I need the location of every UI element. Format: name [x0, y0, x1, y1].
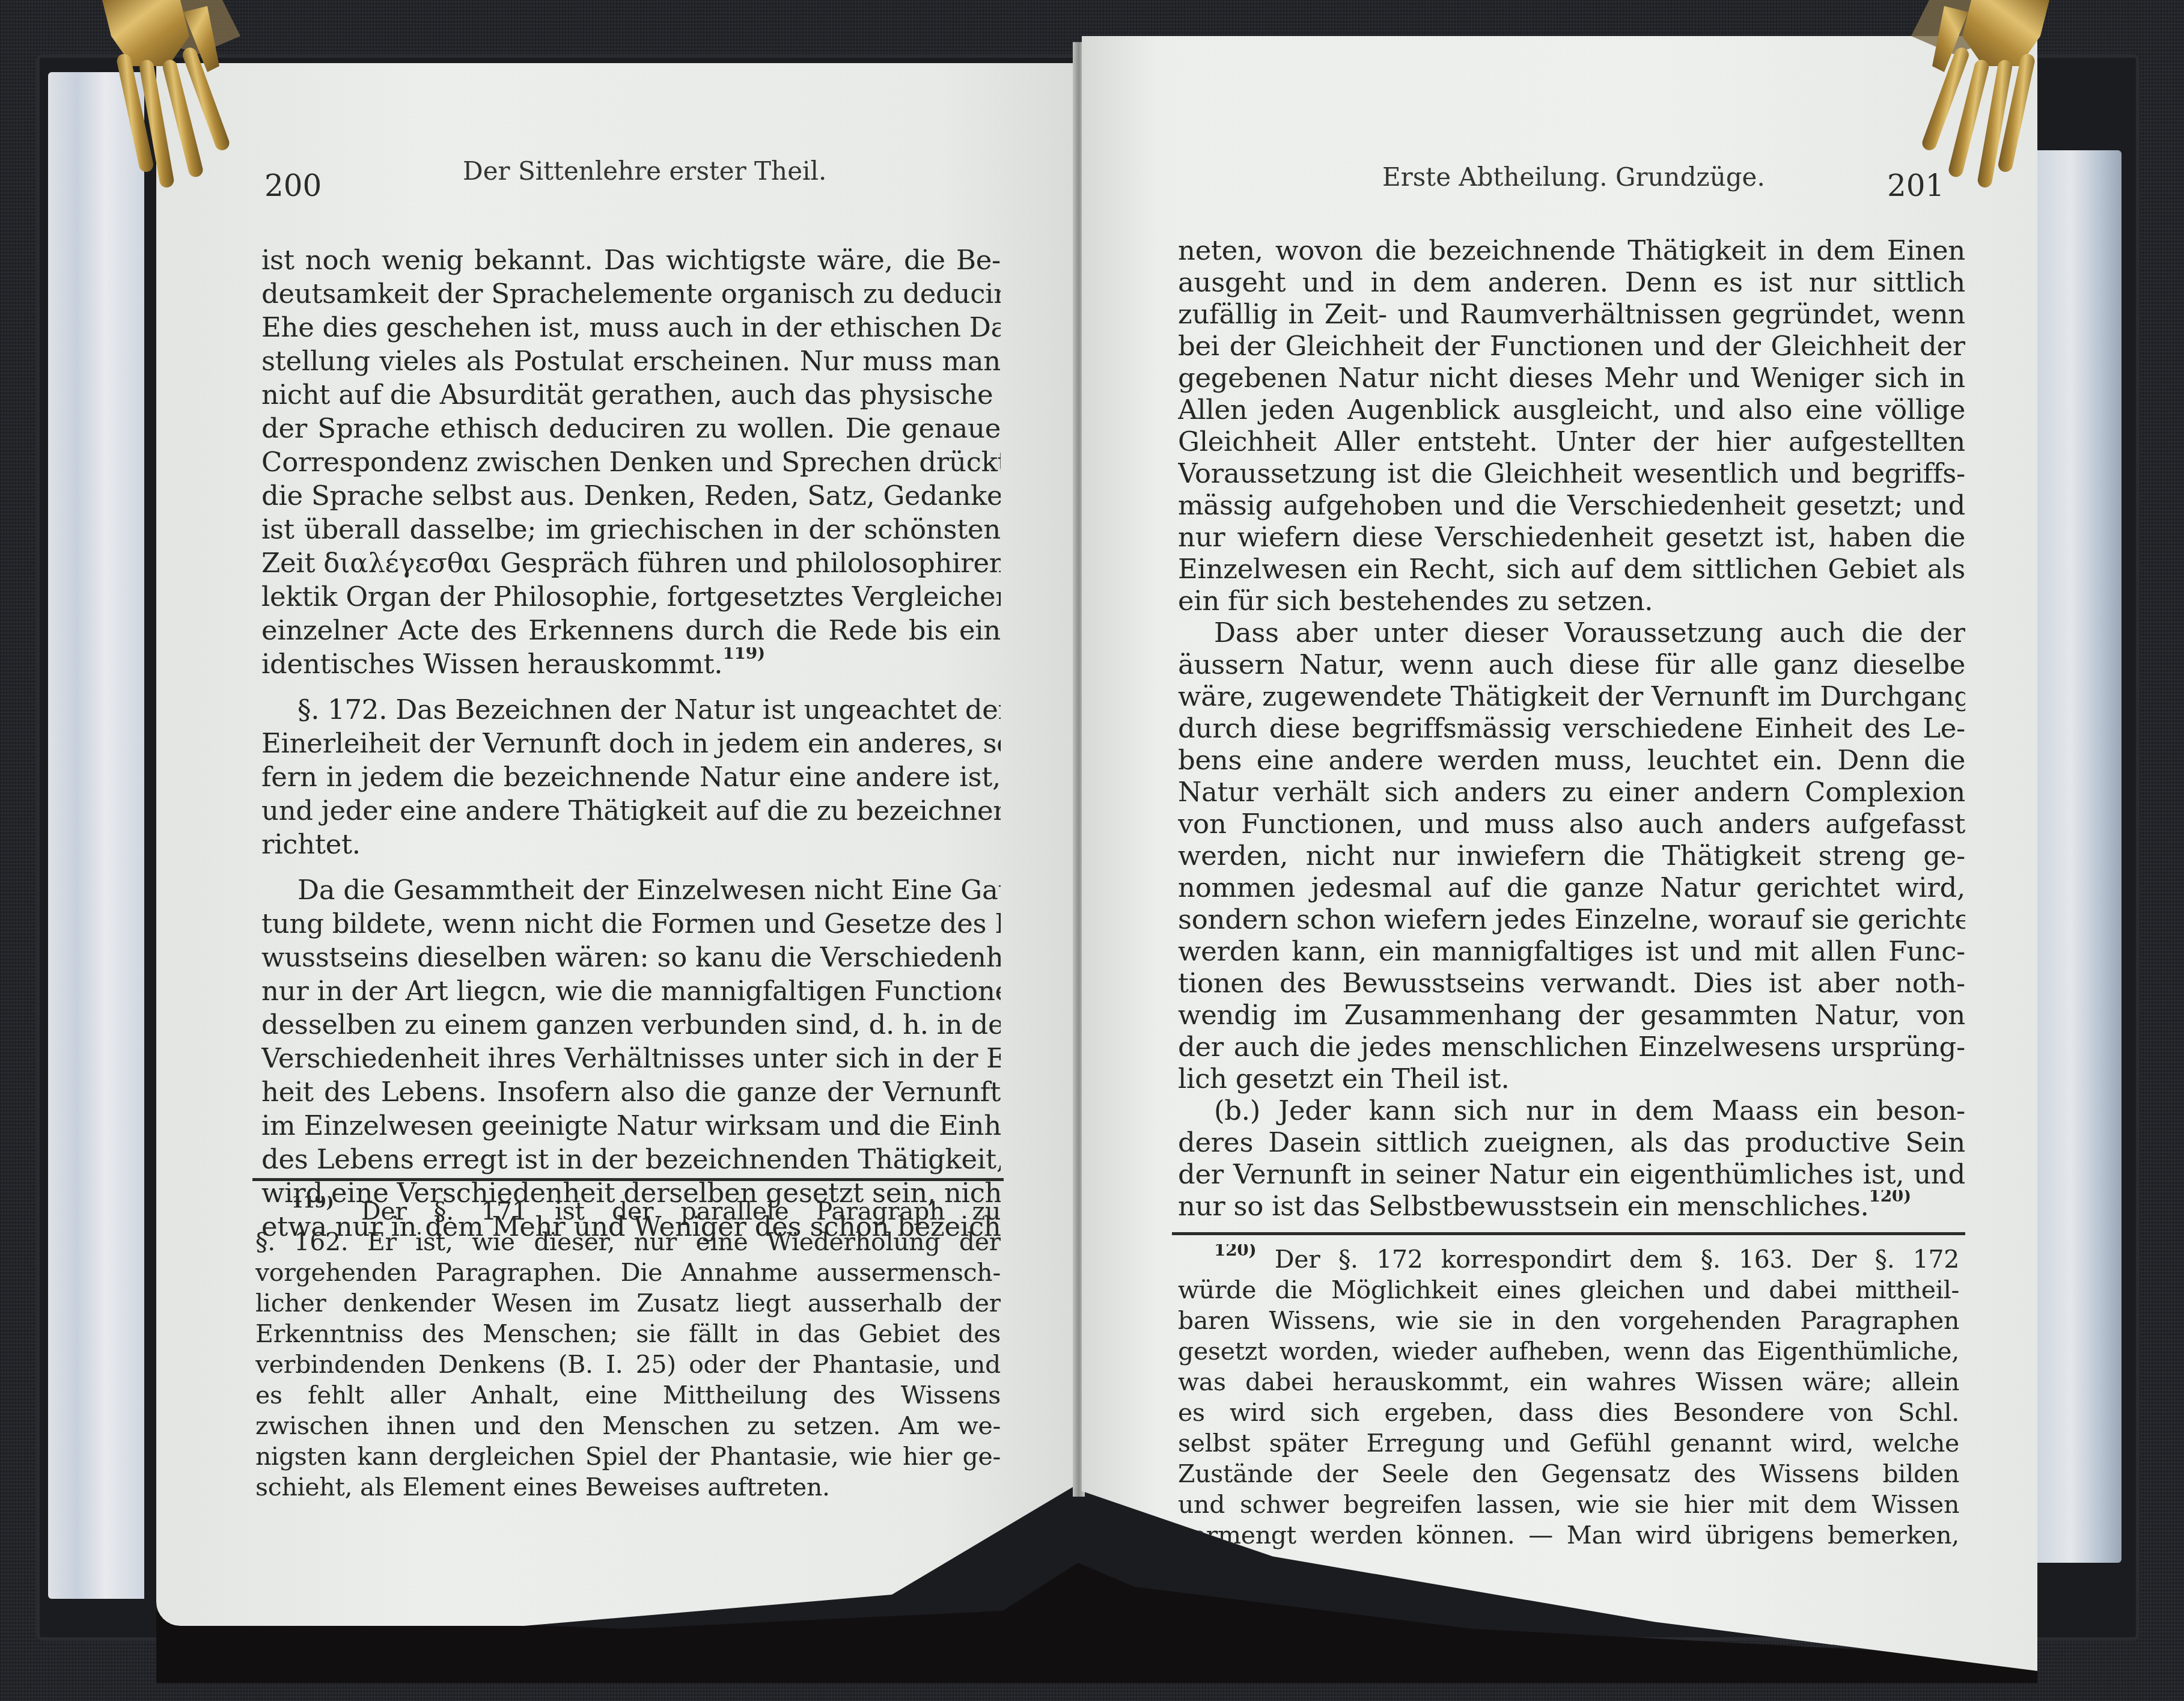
- text-line: der auch die jedes menschlichen Einzelwe…: [1178, 1031, 1965, 1063]
- footnote-line: selbst später Erregung und Gefühl genann…: [1178, 1428, 1959, 1459]
- footnote-line: zwischen ihnen und den Menschen zu setze…: [255, 1411, 1001, 1441]
- footnote-line: 119) Der §. 171 ist der parallele Paragr…: [255, 1196, 1001, 1227]
- footnote-divider: [252, 1178, 1004, 1181]
- footnote-line: verbindenden Denkens (B. I. 25) oder der…: [255, 1349, 1001, 1380]
- body-text: neten, wovon die bezeichnende Thätigkeit…: [1178, 234, 1965, 1222]
- text-line: ist überall dasselbe; im griechischen in…: [261, 513, 1001, 546]
- text-line: ein für sich bestehendes zu setzen.: [1178, 585, 1965, 617]
- page-edges-left: [48, 72, 144, 1599]
- footnote-line: vermengt werden können. — Man wird übrig…: [1178, 1520, 1959, 1551]
- text-line: mässig aufgehoben und die Verschiedenhei…: [1178, 489, 1965, 521]
- footnote-line: gesetzt worden, wieder aufheben, wenn da…: [1178, 1336, 1959, 1367]
- text-line: äussern Natur, wenn auch diese für alle …: [1178, 649, 1965, 680]
- text-line: einzelner Acte des Erkennens durch die R…: [261, 614, 1001, 647]
- text-line: zufällig in Zeit- und Raumverhältnissen …: [1178, 298, 1965, 330]
- footnote-line: und schwer begreifen lassen, wie sie hie…: [1178, 1489, 1959, 1520]
- text-line: lich gesetzt ein Theil ist.: [1178, 1063, 1965, 1095]
- section-heading-172: §. 172. Das Bezeichnen der Natur ist ung…: [261, 693, 1001, 727]
- text-line-greek: Zeit διαλέγεσθαι Gespräch führen und phi…: [261, 546, 1001, 580]
- brass-hand-clip-icon: [1875, 0, 2073, 192]
- text-line: bei der Gleichheit der Functionen und de…: [1178, 330, 1965, 362]
- footnote-divider: [1172, 1232, 1965, 1235]
- footnote-line: es fehlt aller Anhalt, eine Mittheilung …: [255, 1380, 1001, 1411]
- text-line: Da die Gesammtheit der Einzelwesen nicht…: [261, 873, 1001, 907]
- page-edges-right: [2037, 150, 2121, 1563]
- footnote-line: Erkenntniss des Menschen; sie fällt in d…: [255, 1319, 1001, 1349]
- text-line: die Sprache selbst aus. Denken, Reden, S…: [261, 479, 1001, 513]
- footnote-line: vorgehenden Paragraphen. Die Annahme aus…: [255, 1257, 1001, 1288]
- text-line: Einzelwesen ein Recht, sich auf dem sitt…: [1178, 553, 1965, 585]
- text-line: werden kann, ein mannigfaltiges ist und …: [1178, 935, 1965, 967]
- text-line: bens eine andere werden muss, leuchtet e…: [1178, 744, 1965, 776]
- text-line: nommen jedesmal auf die ganze Natur geri…: [1178, 872, 1965, 903]
- text-line: wäre, zugewendete Thätigkeit der Vernunf…: [1178, 680, 1965, 712]
- running-head: Erste Abtheilung. Grundzüge.: [1382, 162, 1765, 192]
- text-line: im Einzelwesen geeinigte Natur wirksam u…: [261, 1109, 1001, 1143]
- text-line: Einerleiheit der Vernunft doch in jedem …: [261, 727, 1001, 760]
- text-line: fern in jedem die bezeichnende Natur ein…: [261, 760, 1001, 794]
- footnote-line: es wird sich ergeben, dass dies Besonder…: [1178, 1397, 1959, 1428]
- text-line: heit des Lebens. Insofern also die ganze…: [261, 1075, 1001, 1109]
- text-line: (b.) Jeder kann sich nur in dem Maass ei…: [1178, 1095, 1965, 1126]
- footnote-line: was dabei herauskommt, ein wahres Wissen…: [1178, 1367, 1959, 1397]
- footnote-119: 119) Der §. 171 ist der parallele Paragr…: [255, 1196, 1001, 1503]
- text-line: Allen jeden Augenblick ausgleicht, und a…: [1178, 394, 1965, 426]
- text-line: wendig im Zusammenhang der gesammten Nat…: [1178, 999, 1965, 1031]
- footnote-marker: 120): [1214, 1244, 1257, 1260]
- text-line: des Lebens erregt ist in der bezeichnend…: [261, 1143, 1001, 1176]
- footnote-line: licher denkender Wesen im Zusatz liegt a…: [255, 1288, 1001, 1319]
- text-line: durch diese begriffsmässig verschiedene …: [1178, 712, 1965, 744]
- text-line: identisches Wissen herauskommt.119): [261, 647, 1001, 681]
- text-line: wusstseins dieselben wären: so kanu die …: [261, 941, 1001, 974]
- text-line: Natur verhält sich anders zu einer ander…: [1178, 776, 1965, 808]
- footnote-line: 120) Der §. 172 korrespondirt dem §. 163…: [1178, 1244, 1959, 1275]
- text-line: ausgeht und in dem anderen. Denn es ist …: [1178, 266, 1965, 298]
- footnote-ref-119[interactable]: 119): [722, 647, 765, 663]
- text-line: der Sprache ethisch deduciren zu wollen.…: [261, 412, 1001, 445]
- text-line: ist noch wenig bekannt. Das wichtigste w…: [261, 243, 1001, 277]
- text-line: lektik Organ der Philosophie, fortgesetz…: [261, 580, 1001, 614]
- text-line: desselben zu einem ganzen verbunden sind…: [261, 1008, 1001, 1042]
- text-line: Ehe dies geschehen ist, muss auch in der…: [261, 311, 1001, 344]
- text-line: Voraussetzung ist die Gleichheit wesentl…: [1178, 457, 1965, 489]
- text-line: stellung vieles als Postulat erscheinen.…: [261, 344, 1001, 378]
- text-line: neten, wovon die bezeichnende Thätigkeit…: [1178, 234, 1965, 266]
- text-line: der Vernunft in seiner Natur ein eigenth…: [1178, 1158, 1965, 1190]
- text-line: nur so ist das Selbstbewusstsein ein men…: [1178, 1190, 1965, 1222]
- text-line: nicht auf die Absurdität gerathen, auch …: [261, 378, 1001, 412]
- footnote-line: schieht, als Element eines Beweises auft…: [255, 1472, 1001, 1503]
- text-line: Gleichheit Aller entsteht. Unter der hie…: [1178, 426, 1965, 457]
- text-line: richtet.: [261, 828, 1001, 861]
- text-line: und jeder eine andere Thätigkeit auf die…: [261, 794, 1001, 828]
- text-line: Dass aber unter dieser Voraussetzung auc…: [1178, 617, 1965, 649]
- footnote-line: nigsten kann dergleichen Spiel der Phant…: [255, 1441, 1001, 1472]
- text-line: tung bildete, wenn nicht die Formen und …: [261, 907, 1001, 941]
- footnote-marker: 119): [291, 1196, 334, 1212]
- footnote-line: baren Wissens, wie sie in den vorgehende…: [1178, 1306, 1959, 1336]
- footnote-120: 120) Der §. 172 korrespondirt dem §. 163…: [1178, 1244, 1959, 1551]
- running-head: Der Sittenlehre erster Theil.: [463, 156, 826, 186]
- text-line: nur in der Art liegcn, wie die mannigfal…: [261, 974, 1001, 1008]
- text-line: von Functionen, und muss also auch ander…: [1178, 808, 1965, 840]
- right-page: Erste Abtheilung. Grundzüge. 201 neten, …: [1082, 36, 2037, 1671]
- text-line: deres Dasein sittlich zueignen, als das …: [1178, 1126, 1965, 1158]
- text-line: Correspondenz zwischen Denken und Sprech…: [261, 445, 1001, 479]
- text-line: Verschiedenheit ihres Verhältnisses unte…: [261, 1042, 1001, 1075]
- text-line: tionen des Bewusstseins verwandt. Dies i…: [1178, 967, 1965, 999]
- brass-hand-clip-icon: [78, 0, 276, 192]
- footnote-line: Zustände der Seele den Gegensatz des Wis…: [1178, 1459, 1959, 1489]
- body-text: ist noch wenig bekannt. Das wichtigste w…: [261, 243, 1001, 1244]
- text-line: deutsamkeit der Sprachelemente organisch…: [261, 277, 1001, 311]
- left-page: 200 Der Sittenlehre erster Theil. ist no…: [156, 63, 1076, 1626]
- footnote-line: würde die Möglichkeit eines gleichen und…: [1178, 1275, 1959, 1306]
- text-line: werden, nicht nur inwiefern die Thätigke…: [1178, 840, 1965, 872]
- footnote-line: §. 162. Er ist, wie dieser, nur eine Wie…: [255, 1227, 1001, 1257]
- text-line: sondern schon wiefern jedes Einzelne, wo…: [1178, 903, 1965, 935]
- text-line: nur wiefern diese Verschiedenheit gesetz…: [1178, 521, 1965, 553]
- text-line: gegebenen Natur nicht dieses Mehr und We…: [1178, 362, 1965, 394]
- footnote-ref-120[interactable]: 120): [1869, 1190, 1912, 1206]
